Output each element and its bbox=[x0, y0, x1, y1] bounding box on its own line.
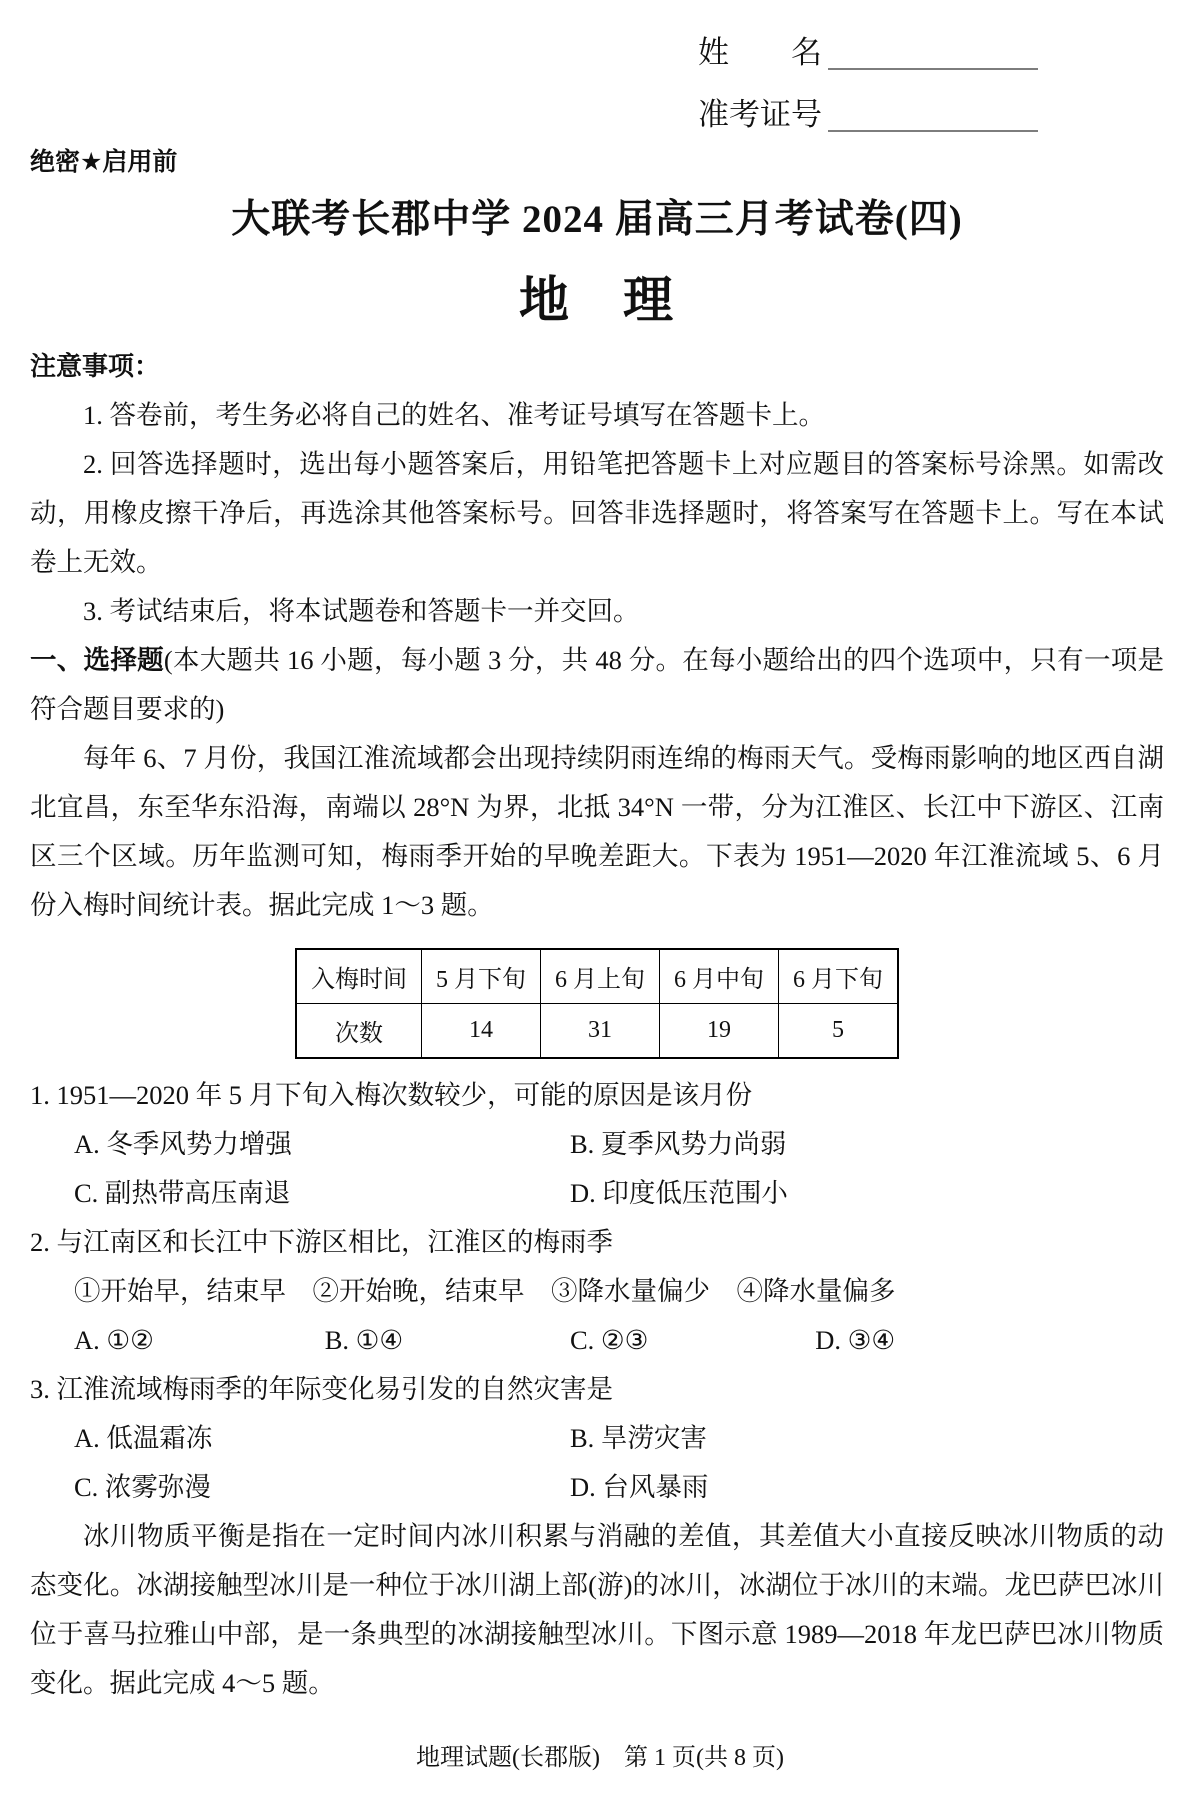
table-data-cell: 19 bbox=[660, 1004, 779, 1059]
question-3-option-c: C. 浓雾弥漫 bbox=[74, 1463, 570, 1512]
question-1-option-d: D. 印度低压范围小 bbox=[570, 1169, 1164, 1218]
table-value-row: 次数 14 31 19 5 bbox=[296, 1004, 898, 1059]
table-header-cell: 入梅时间 bbox=[296, 949, 422, 1004]
candidate-info: 姓 名 准考证号 bbox=[698, 18, 1038, 132]
question-2-option-d: D. ③④ bbox=[815, 1316, 1164, 1365]
notice-heading: 注意事项： bbox=[30, 342, 1164, 391]
notice-item-1: 1. 答卷前，考生务必将自己的姓名、准考证号填写在答题卡上。 bbox=[30, 391, 1164, 440]
table-data-cell: 14 bbox=[422, 1004, 541, 1059]
table-header-cell: 6 月上旬 bbox=[541, 949, 660, 1004]
table-header-cell: 5 月下旬 bbox=[422, 949, 541, 1004]
ticket-blank-line[interactable] bbox=[828, 94, 1038, 132]
question-3-option-d: D. 台风暴雨 bbox=[570, 1463, 1164, 1512]
page-footer: 地理试题(长郡版) 第 1 页(共 8 页) bbox=[0, 1737, 1200, 1772]
plum-rain-table: 入梅时间 5 月下旬 6 月上旬 6 月中旬 6 月下旬 次数 14 31 19… bbox=[295, 948, 899, 1059]
notice-item-3: 3. 考试结束后，将本试题卷和答题卡一并交回。 bbox=[30, 587, 1164, 636]
table-header-row: 入梅时间 5 月下旬 6 月上旬 6 月中旬 6 月下旬 bbox=[296, 949, 898, 1004]
notice-section: 注意事项： 1. 答卷前，考生务必将自己的姓名、准考证号填写在答题卡上。 2. … bbox=[30, 342, 1164, 636]
name-label: 姓 名 bbox=[698, 36, 822, 70]
table-data-cell: 31 bbox=[541, 1004, 660, 1059]
name-field: 姓 名 bbox=[698, 18, 1038, 70]
table-header-cell: 6 月中旬 bbox=[660, 949, 779, 1004]
table-header-cell: 6 月下旬 bbox=[779, 949, 899, 1004]
question-1-stem: 1. 1951—2020 年 5 月下旬入梅次数较少，可能的原因是该月份 bbox=[30, 1071, 1164, 1120]
notice-item-2: 2. 回答选择题时，选出每小题答案后，用铅笔把答题卡上对应题目的答案标号涂黑。如… bbox=[30, 440, 1164, 587]
table-data-cell: 5 bbox=[779, 1004, 899, 1059]
question-3-option-b: B. 旱涝灾害 bbox=[570, 1414, 1164, 1463]
passage-glacier: 冰川物质平衡是指在一定时间内冰川积累与消融的差值，其差值大小直接反映冰川物质的动… bbox=[30, 1512, 1164, 1708]
name-blank-line[interactable] bbox=[828, 32, 1038, 70]
question-1: 1. 1951—2020 年 5 月下旬入梅次数较少，可能的原因是该月份 A. … bbox=[30, 1071, 1164, 1218]
question-1-option-c: C. 副热带高压南退 bbox=[74, 1169, 570, 1218]
table-data-cell: 次数 bbox=[296, 1004, 422, 1059]
question-2: 2. 与江南区和长江中下游区相比，江淮区的梅雨季 ①开始早，结束早 ②开始晚，结… bbox=[30, 1218, 1164, 1365]
question-2-option-b: B. ①④ bbox=[325, 1316, 570, 1365]
question-2-stem: 2. 与江南区和长江中下游区相比，江淮区的梅雨季 bbox=[30, 1218, 1164, 1267]
question-3-stem: 3. 江淮流域梅雨季的年际变化易引发的自然灾害是 bbox=[30, 1365, 1164, 1414]
question-1-options: A. 冬季风势力增强 B. 夏季风势力尚弱 C. 副热带高压南退 D. 印度低压… bbox=[30, 1120, 1164, 1218]
question-2-option-c: C. ②③ bbox=[570, 1316, 815, 1365]
question-2-options: A. ①② B. ①④ C. ②③ D. ③④ bbox=[30, 1316, 1164, 1365]
question-2-statements: ①开始早，结束早 ②开始晚，结束早 ③降水量偏少 ④降水量偏多 bbox=[30, 1267, 1164, 1316]
exam-title: 大联考长郡中学 2024 届高三月考试卷(四) bbox=[30, 188, 1164, 244]
question-3-options: A. 低温霜冻 B. 旱涝灾害 C. 浓雾弥漫 D. 台风暴雨 bbox=[30, 1414, 1164, 1512]
question-1-option-b: B. 夏季风势力尚弱 bbox=[570, 1120, 1164, 1169]
section-1-description: (本大题共 16 小题，每小题 3 分，共 48 分。在每小题给出的四个选项中，… bbox=[30, 645, 1164, 724]
question-3-option-a: A. 低温霜冻 bbox=[74, 1414, 570, 1463]
question-2-option-a: A. ①② bbox=[74, 1316, 325, 1365]
ticket-field: 准考证号 bbox=[698, 80, 1038, 132]
question-3: 3. 江淮流域梅雨季的年际变化易引发的自然灾害是 A. 低温霜冻 B. 旱涝灾害… bbox=[30, 1365, 1164, 1512]
secrecy-marking: 绝密★启用前 bbox=[30, 142, 1164, 178]
section-1-label: 一、选择题 bbox=[30, 645, 164, 675]
subject-title: 地 理 bbox=[30, 260, 1164, 332]
ticket-label: 准考证号 bbox=[698, 98, 822, 132]
exam-page: 姓 名 准考证号 绝密★启用前 大联考长郡中学 2024 届高三月考试卷(四) … bbox=[0, 0, 1200, 1808]
question-1-option-a: A. 冬季风势力增强 bbox=[74, 1120, 570, 1169]
passage-meiyu: 每年 6、7 月份，我国江淮流域都会出现持续阴雨连绵的梅雨天气。受梅雨影响的地区… bbox=[30, 734, 1164, 930]
section-1-heading: 一、选择题(本大题共 16 小题，每小题 3 分，共 48 分。在每小题给出的四… bbox=[30, 636, 1164, 734]
